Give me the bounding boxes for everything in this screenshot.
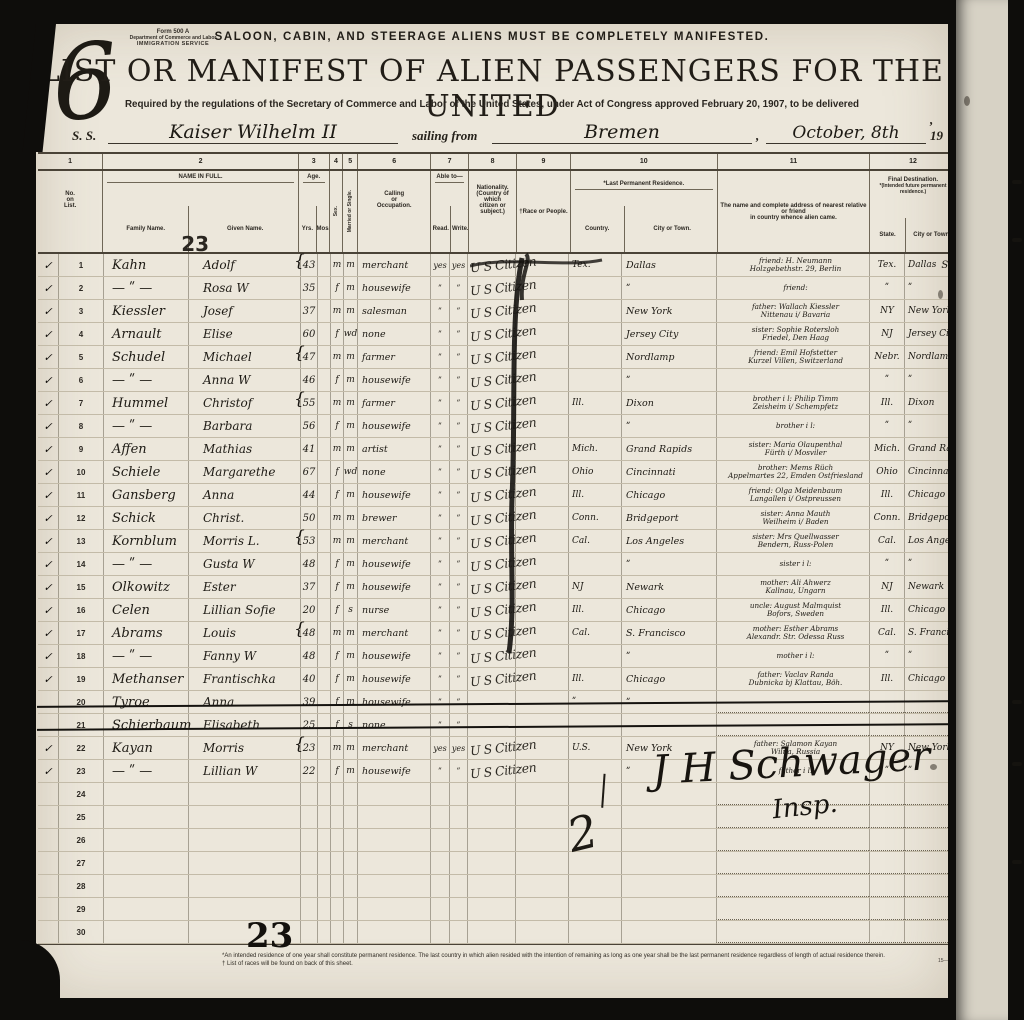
age-value: 39 [303, 697, 316, 708]
row-number: 15 [58, 576, 103, 598]
row-number: 23 [58, 760, 103, 782]
age-months-value [317, 599, 330, 621]
relative-address-value: sister: Sophie Rotersloh Friedel, Den Ha… [716, 323, 869, 345]
sex-value: f [330, 277, 343, 299]
footnote-races: † List of races will be found on back of… [222, 961, 952, 969]
read-value: ʺ [430, 553, 449, 575]
write-value [449, 921, 467, 943]
residence-country-value: Cal. [568, 530, 621, 552]
residence-country-value [568, 323, 621, 345]
relative-address-value [716, 898, 869, 920]
occupation-value: housewife [357, 415, 430, 437]
sheet-page-number: 23 [246, 916, 293, 956]
family-name-value [103, 875, 188, 897]
row-number: 3 [58, 300, 103, 322]
age-value: 40 [303, 674, 316, 685]
sex-value [330, 898, 343, 920]
relative-line-2: Kallnau, Ungarn [765, 587, 825, 595]
nationality-value: U S Citizen [467, 553, 515, 575]
relative-line-2: Nittenau i/ Bavaria [761, 311, 830, 319]
relative-address-value: brother i l: Philip Timm Zeisheim i/ Sch… [716, 392, 869, 414]
residence-city-value: Jersey City [621, 323, 716, 345]
age-value: 50 [303, 513, 316, 524]
scan-artifact [1012, 762, 1022, 766]
read-value [430, 875, 449, 897]
nationality-value: U S Citizen [467, 323, 515, 345]
write-value [449, 829, 467, 851]
read-value [430, 806, 449, 828]
row-checkmark: ✓ [38, 346, 58, 368]
race-value [515, 898, 568, 920]
table-row: ✓ 18 — ʺ — Fanny W 48 f m housewife ʺ ʺ … [38, 645, 956, 668]
adjacent-page-sliver [956, 0, 1008, 1020]
age-months-value [317, 576, 330, 598]
marital-status-value: m [343, 760, 357, 782]
scan-edge-bottom [0, 998, 1024, 1020]
scan-edge-right [1008, 0, 1024, 1020]
row-checkmark: ✓ [38, 737, 58, 759]
row-number: 24 [58, 783, 103, 805]
given-name-value: Adolf [188, 254, 300, 276]
age-years-value [300, 783, 317, 805]
destination-state-value [869, 691, 904, 713]
table-row: ✓ 6 — ʺ — Anna W 46 f m housewife ʺ ʺ U … [38, 369, 956, 392]
banner-text: SALOON, CABIN, AND STEERAGE ALIENS MUST … [36, 31, 948, 43]
row-number: 30 [58, 921, 103, 943]
residence-city-value [621, 829, 716, 851]
occupation-value: none [357, 714, 430, 736]
row-checkmark: ✓ [38, 507, 58, 529]
col-num-2: 2 [102, 154, 298, 169]
write-value: ʺ [449, 484, 467, 506]
read-value: ʺ [430, 461, 449, 483]
residence-country-value [568, 369, 621, 391]
relative-line-2: Bendern, Russ-Polen [758, 541, 834, 549]
relative-line-2: Alexandr. Str. Odessa Russ [747, 633, 845, 641]
given-name-value: Margarethe [188, 461, 300, 483]
given-name-value: Ester [188, 576, 300, 598]
age-value: 48 [303, 559, 316, 570]
given-name-value: Frantischka [188, 668, 300, 690]
residence-country-value [568, 346, 621, 368]
given-name-value [188, 783, 300, 805]
relative-address-value [716, 691, 869, 713]
sex-value [330, 829, 343, 851]
read-value [430, 921, 449, 943]
sex-value: f [330, 645, 343, 667]
row-number: 25 [58, 806, 103, 828]
comma: , [756, 128, 759, 144]
dest-city-text: ʺ [908, 651, 912, 661]
sailing-from-label: sailing from [412, 128, 477, 144]
age-months-value [317, 714, 330, 736]
table-row: ✓ 5 Schudel Michael { 47 m m farmer ʺ ʺ … [38, 346, 956, 369]
destination-state-value: Conn. [869, 507, 904, 529]
sex-value [330, 852, 343, 874]
age-years-value: { 23 [300, 737, 317, 759]
sex-value: f [330, 760, 343, 782]
given-name-value: Morris [188, 737, 300, 759]
age-value: 41 [303, 444, 316, 455]
row-checkmark [38, 691, 58, 713]
destination-state-value [869, 875, 904, 897]
residence-city-value: Cincinnati [621, 461, 716, 483]
family-name-value: Affen [103, 438, 188, 460]
read-value: ʺ [430, 507, 449, 529]
scan-edge-left [0, 0, 36, 1020]
dest-city-text: Chicago [908, 674, 945, 684]
row-number: 16 [58, 599, 103, 621]
residence-city-value: Bridgeport [621, 507, 716, 529]
row-checkmark [38, 829, 58, 851]
family-name-value: Celen [103, 599, 188, 621]
occupation-value: artist [357, 438, 430, 460]
age-years-value: 56 [300, 415, 317, 437]
dest-city-text: New York [908, 306, 952, 316]
read-value: ʺ [430, 484, 449, 506]
dest-city-text: ʺ [908, 375, 912, 385]
given-name-value: Louis [188, 622, 300, 644]
age-years-value: { 47 [300, 346, 317, 368]
age-months-value [317, 484, 330, 506]
read-value: ʺ [430, 530, 449, 552]
nationality-sub2: citizen or subject.) [469, 203, 516, 215]
marital-status-value: m [343, 576, 357, 598]
write-value: ʺ [449, 622, 467, 644]
passenger-rows: ✓ 1 Kahn Adolf { 43 m m merchant yes yes… [38, 254, 956, 945]
age-years-value [300, 806, 317, 828]
row-checkmark [38, 852, 58, 874]
nationality-value: U S Citizen [467, 576, 515, 598]
relative-address-value [716, 369, 869, 391]
read-value: ʺ [430, 714, 449, 736]
marital-status-value: m [343, 645, 357, 667]
age-years-value: 39 [300, 691, 317, 713]
relative-address-value [716, 714, 869, 736]
nationality-value: U S Citizen [467, 507, 515, 529]
family-name-value: Schiele [103, 461, 188, 483]
row-checkmark: ✓ [38, 323, 58, 345]
read-value: yes [430, 254, 449, 276]
header-last-residence: *Last Permanent Residence. Country. City… [570, 171, 717, 252]
relative-address-value: friend: Emil Hofstetter Kurzel Villen, S… [716, 346, 869, 368]
married-single-label: Married or Single. [347, 190, 353, 232]
residence-country-value: U.S. [568, 737, 621, 759]
family-brace: { [294, 343, 305, 363]
residence-country-value [568, 921, 621, 943]
col-num-4: 4 [329, 154, 343, 169]
relative-line-1: mother i l: [777, 652, 815, 660]
row-checkmark: ✓ [38, 553, 58, 575]
table-row: 30 [38, 921, 956, 944]
family-name-value: Methanser [103, 668, 188, 690]
family-name-value: — ʺ — [103, 760, 188, 782]
given-name-value: Anna W [188, 369, 300, 391]
race-value [515, 875, 568, 897]
relative-address-value: mother: Ali Ahwerz Kallnau, Ungarn [716, 576, 869, 598]
relative-address-value [716, 852, 869, 874]
residence-city-value: ʺ [621, 415, 716, 437]
row-number: 7 [58, 392, 103, 414]
header-divider [107, 182, 294, 183]
family-name-value: Kahn [103, 254, 188, 276]
age-years-value: 46 [300, 369, 317, 391]
write-value: ʺ [449, 530, 467, 552]
family-name-value: Olkowitz [103, 576, 188, 598]
dest-city-text: Dixon [908, 398, 934, 408]
residence-city-value: Dixon [621, 392, 716, 414]
destination-state-value: Cal. [869, 622, 904, 644]
marital-status-value: wd [343, 323, 357, 345]
residence-country-value: Cal. [568, 622, 621, 644]
family-brace: { [294, 251, 305, 271]
write-value: ʺ [449, 691, 467, 713]
write-value: ʺ [449, 599, 467, 621]
header-divider [575, 189, 713, 190]
age-months-value [317, 346, 330, 368]
destination-state-value [869, 714, 904, 736]
sex-value: f [330, 484, 343, 506]
write-value: ʺ [449, 438, 467, 460]
row-number: 4 [58, 323, 103, 345]
race-label: †Race or People. [519, 209, 567, 215]
relative-address-value: sister: Anna Mauth Weilheim i/ Baden [716, 507, 869, 529]
read-value: ʺ [430, 392, 449, 414]
scan-artifact [1012, 860, 1022, 864]
read-value: ʺ [430, 645, 449, 667]
race-value [515, 852, 568, 874]
residence-city-value [621, 921, 716, 943]
age-months-value [317, 300, 330, 322]
table-row: ✓ 11 Gansberg Anna 44 f m housewife ʺ ʺ … [38, 484, 956, 507]
footnote-residence: *An intended residence of one year shall… [222, 953, 952, 961]
marital-status-value: s [343, 599, 357, 621]
marital-status-value [343, 921, 357, 943]
nationality-value: U S Citizen [467, 484, 515, 506]
marital-status-value [343, 875, 357, 897]
occupation-value: housewife [357, 691, 430, 713]
marital-status-value: m [343, 369, 357, 391]
given-name-value: Michael [188, 346, 300, 368]
port-name: Bremen [492, 121, 752, 144]
residence-city-value: Dallas [621, 254, 716, 276]
occupation-value: housewife [357, 668, 430, 690]
table-row: ✓ 1 Kahn Adolf { 43 m m merchant yes yes… [38, 254, 956, 277]
table-row: 20 Tyroe Anna 39 f m housewife ʺ ʺ ʺ ʺ [38, 691, 956, 714]
relative-line-2: Appelmartes 22, Emden Ostfriesland [728, 472, 863, 480]
residence-country-value [568, 875, 621, 897]
marital-status-value [343, 783, 357, 805]
age-months-value [317, 392, 330, 414]
age-years-value: 44 [300, 484, 317, 506]
write-value: yes [449, 254, 467, 276]
row-checkmark [38, 921, 58, 943]
read-value: ʺ [430, 300, 449, 322]
race-value [515, 829, 568, 851]
col-num-10: 10 [570, 154, 717, 169]
relative-line-2: Dubnicka bj Klattau, Böh. [749, 679, 843, 687]
dest-city-text: ʺ [908, 283, 912, 293]
residence-country-value [568, 277, 621, 299]
age-months-value [317, 553, 330, 575]
occupation-value: merchant [357, 530, 430, 552]
nationality-value: U S Citizen [467, 300, 515, 322]
marital-status-value: m [343, 346, 357, 368]
residence-country-value: Ill. [568, 392, 621, 414]
family-name-value: — ʺ — [103, 553, 188, 575]
row-checkmark [38, 714, 58, 736]
row-number: 12 [58, 507, 103, 529]
column-number-row: 1 2 3 4 5 6 7 8 9 10 11 12 [38, 152, 956, 170]
age-years-value: 48 [300, 553, 317, 575]
row-number: 22 [58, 737, 103, 759]
table-row: 28 [38, 875, 956, 898]
table-row: ✓ 15 Olkowitz Ester 37 f m housewife ʺ ʺ… [38, 576, 956, 599]
dest-city-text: Newark [908, 582, 944, 592]
row-number: 20 [58, 691, 103, 713]
residence-city-value: Chicago [621, 484, 716, 506]
residence-city-value: Nordlamp [621, 346, 716, 368]
scanned-manifest-page: Form 500 A Department of Commerce and La… [0, 0, 1024, 1020]
age-months-value [317, 438, 330, 460]
header-divider [303, 182, 325, 183]
relative-address-value [716, 921, 869, 943]
destination-state-value [869, 829, 904, 851]
family-name-value: Schudel [103, 346, 188, 368]
write-label: Write. [450, 206, 469, 252]
occupation-value [357, 875, 430, 897]
destination-state-value: Ill. [869, 484, 904, 506]
destination-state-value: ʺ [869, 369, 904, 391]
age-value: 44 [303, 490, 316, 501]
family-brace: { [294, 619, 305, 639]
write-value: ʺ [449, 300, 467, 322]
residence-city-value: Grand Rapids [621, 438, 716, 460]
nationality-value [467, 921, 515, 943]
occupation-value: housewife [357, 553, 430, 575]
age-years-value: 37 [300, 576, 317, 598]
page-title: LIST OR MANIFEST OF ALIEN PASSENGERS FOR… [36, 54, 948, 124]
relative-line-2: Langallen i/ Ostpreussen [750, 495, 841, 503]
sex-value: f [330, 553, 343, 575]
row-number: 13 [58, 530, 103, 552]
write-value [449, 875, 467, 897]
destination-state-value: ʺ [869, 415, 904, 437]
row-checkmark: ✓ [38, 300, 58, 322]
age-months-value [317, 254, 330, 276]
write-value: ʺ [449, 392, 467, 414]
family-name-value: Kayan [103, 737, 188, 759]
row-checkmark: ✓ [38, 438, 58, 460]
occupation-value: housewife [357, 484, 430, 506]
given-name-value: Barbara [188, 415, 300, 437]
occupation-value: housewife [357, 760, 430, 782]
row-checkmark: ✓ [38, 645, 58, 667]
relative-address-value: mother i l: [716, 645, 869, 667]
residence-country-value [568, 714, 621, 736]
family-name-value [103, 783, 188, 805]
relative-address-value: father: Wallach Kiessler Nittenau i/ Bav… [716, 300, 869, 322]
table-row: 29 [38, 898, 956, 921]
destination-state-value [869, 852, 904, 874]
dest-city-text: ʺ [908, 421, 912, 431]
age-years-value: 67 [300, 461, 317, 483]
relative-address-value: sister i l: [716, 553, 869, 575]
relative-line-1: sister i l: [780, 560, 812, 568]
age-value: 35 [303, 283, 316, 294]
age-value: 60 [303, 329, 316, 340]
age-value: 20 [303, 605, 316, 616]
family-name-value: Kornblum [103, 530, 188, 552]
write-value: ʺ [449, 369, 467, 391]
sex-value: f [330, 576, 343, 598]
occupation-value [357, 829, 430, 851]
age-years-value [300, 829, 317, 851]
nationality-value: U S Citizen [467, 645, 515, 667]
header-age: Age. Yrs. Mos. [298, 171, 329, 252]
destination-state-value: Mich. [869, 438, 904, 460]
age-months-value [317, 323, 330, 345]
relative-address-value [716, 875, 869, 897]
sex-value: m [330, 392, 343, 414]
occupation-value: merchant [357, 254, 430, 276]
col-num-7: 7 [430, 154, 468, 169]
marital-status-value: m [343, 553, 357, 575]
write-value: ʺ [449, 346, 467, 368]
residence-city-value: ʺ [621, 277, 716, 299]
given-name-value: Mathias [188, 438, 300, 460]
page-subtitle: Required by the regulations of the Secre… [36, 99, 948, 110]
marital-status-value: m [343, 277, 357, 299]
age-value: 25 [303, 720, 316, 731]
marital-status-value: m [343, 668, 357, 690]
age-years-value: { 48 [300, 622, 317, 644]
able-to-label: Able to— [431, 171, 468, 180]
relative-address-value: sister: Mrs Quellwasser Bendern, Russ-Po… [716, 530, 869, 552]
age-value: 46 [303, 375, 316, 386]
relative-line-2: Zeisheim i/ Schempfetz [753, 403, 838, 411]
nationality-value: U S Citizen [467, 760, 515, 782]
read-value: ʺ [430, 599, 449, 621]
table-row: ✓ 2 — ʺ — Rosa W 35 f m housewife ʺ ʺ U … [38, 277, 956, 300]
scan-artifact [1012, 238, 1022, 242]
nationality-value: U S Citizen [467, 599, 515, 621]
age-years-value: 41 [300, 438, 317, 460]
marital-status-value: m [343, 300, 357, 322]
row-number: 18 [58, 645, 103, 667]
country-label: Country. [571, 206, 624, 252]
marital-status-value: s [343, 714, 357, 736]
nationality-value [467, 714, 515, 736]
read-value: ʺ [430, 346, 449, 368]
marital-status-value [343, 852, 357, 874]
residence-city-value: ʺ [621, 369, 716, 391]
write-value [449, 852, 467, 874]
marital-status-value: m [343, 438, 357, 460]
destination-state-value: Tex. [869, 254, 904, 276]
header-sex: Sex. [329, 171, 343, 252]
residence-city-value: New York [621, 300, 716, 322]
age-years-value: 50 [300, 507, 317, 529]
age-years-value: 22 [300, 760, 317, 782]
header-name-in-full: NAME IN FULL. Family Name. 23 Given Name… [102, 171, 298, 252]
table-row: ✓ 7 Hummel Christof { 55 m m farmer ʺ ʺ … [38, 392, 956, 415]
scan-edge-top [0, 0, 1024, 24]
table-row: ✓ 14 — ʺ — Gusta W 48 f m housewife ʺ ʺ … [38, 553, 956, 576]
col-num-8: 8 [468, 154, 516, 169]
occupation-value: housewife [357, 645, 430, 667]
table-row: ✓ 9 Affen Mathias 41 m m artist ʺ ʺ U S … [38, 438, 956, 461]
